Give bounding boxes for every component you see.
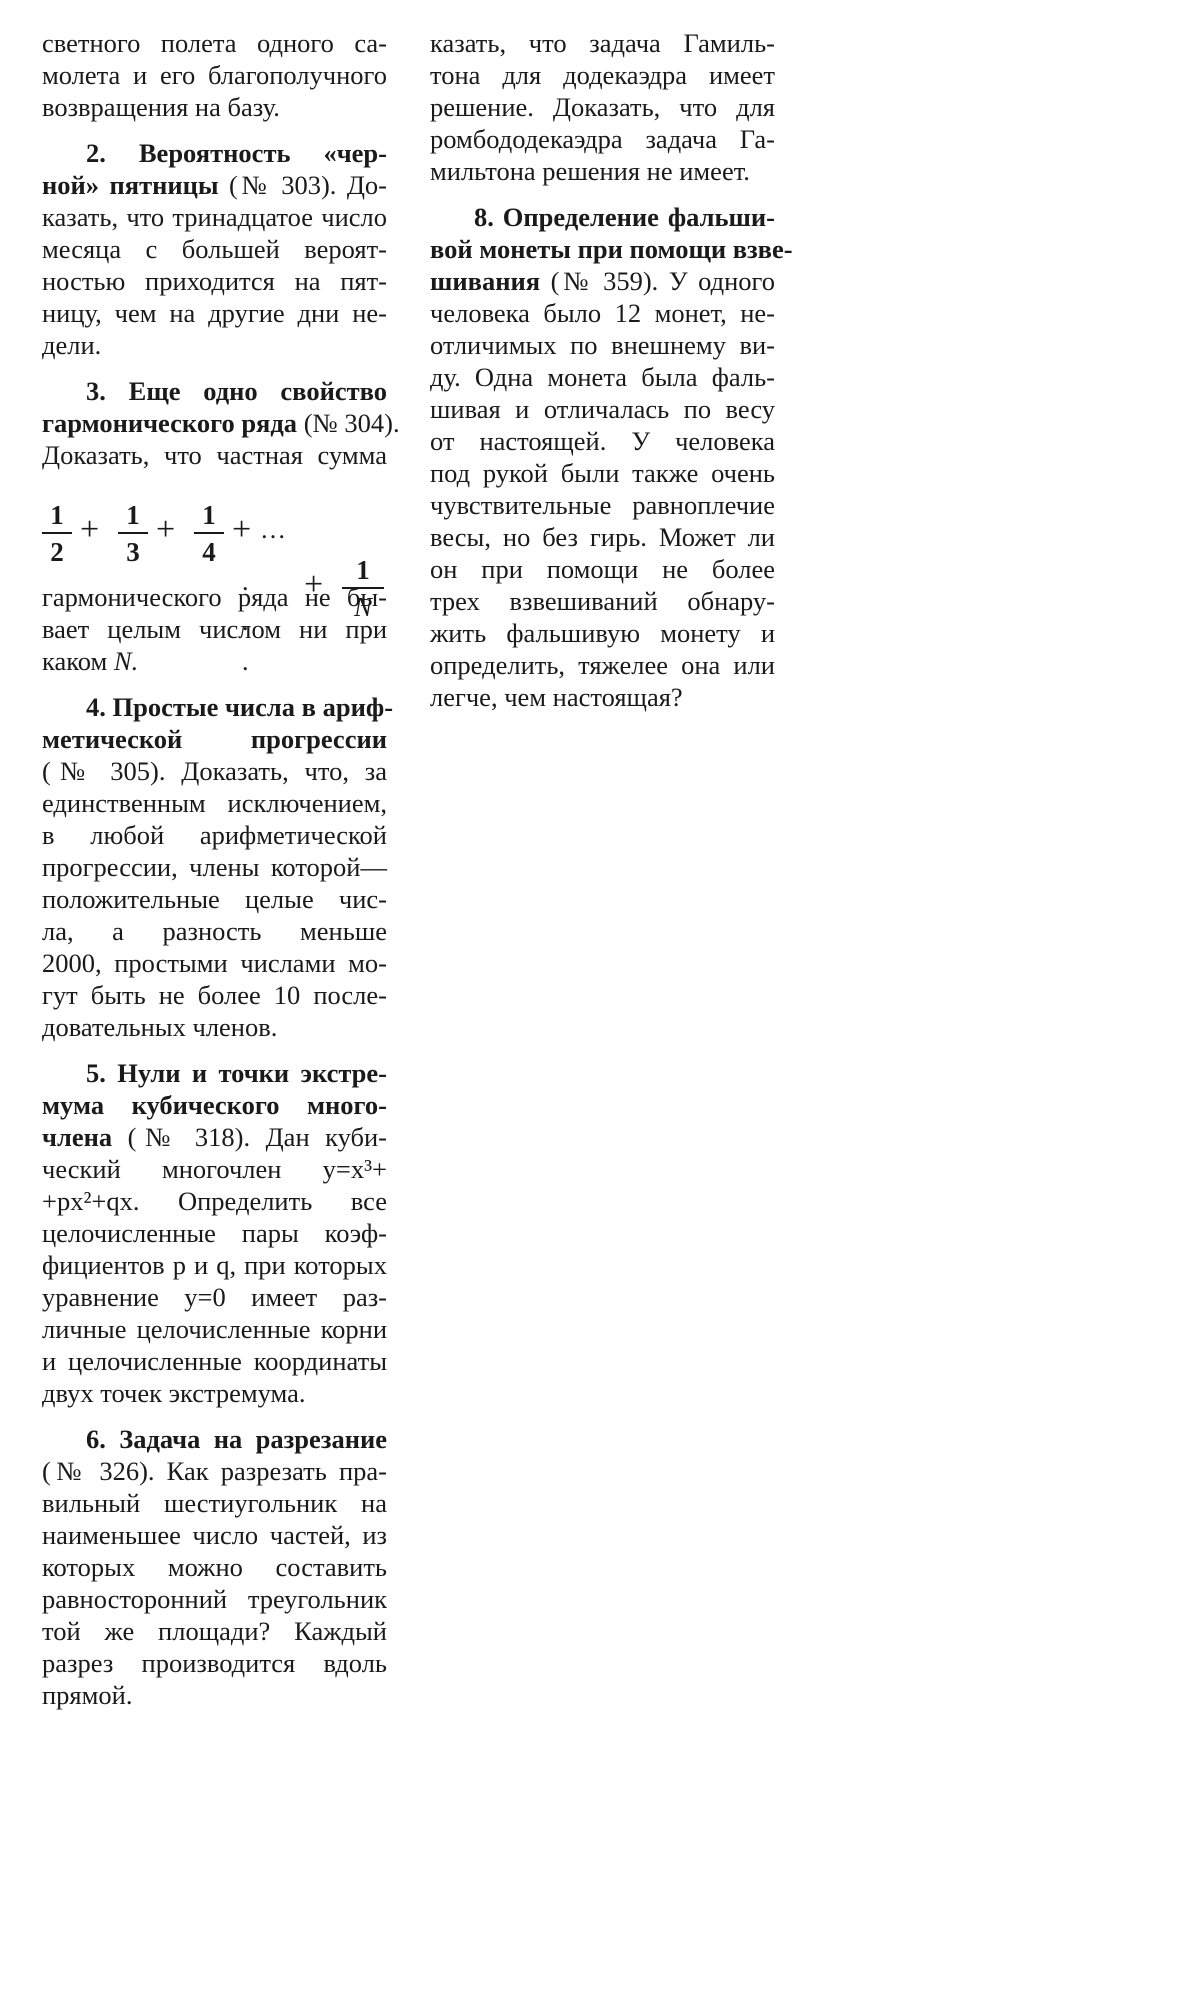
ellipsis: …	[260, 510, 286, 550]
fraction-1-4: 14	[194, 500, 224, 568]
text-line: 2000, простыми числами мо-	[42, 946, 387, 980]
text-line: человека было 12 монет, не-	[430, 296, 775, 330]
text-line: от настоящей. У человека	[430, 424, 775, 458]
problem-4-title: 4. Простые числа в ариф-	[42, 690, 387, 724]
text-line: месяца с большей вероят-	[42, 232, 387, 266]
text-line: ческий многочлен y=x³+	[42, 1152, 387, 1186]
text-line: вильный шестиугольник на	[42, 1486, 387, 1520]
text-line: +px²+qx. Определить все	[42, 1184, 387, 1218]
text-line: в любой арифметической	[42, 818, 387, 852]
problem-4-title-cont: метической прогрессии	[42, 722, 387, 756]
text-line: дели.	[42, 328, 387, 362]
text-line: фициентов p и q, при которых	[42, 1248, 387, 1282]
text-line: определить, тяжелее она или	[430, 648, 775, 682]
text-line: казать, что тринадцатое число	[42, 200, 387, 234]
text-line: вает целым числом ни при	[42, 612, 387, 646]
text-line: возвращения на базу.	[42, 90, 387, 124]
text-line: и целочисленные координаты	[42, 1344, 387, 1378]
text-line: Доказать, что частная сумма	[42, 438, 387, 472]
plus-sign: +	[232, 510, 251, 550]
text-line: разрез производится вдоль	[42, 1646, 387, 1680]
text-line: ромбододекаэдра задача Га-	[430, 122, 775, 156]
text-line: ду. Одна монета была фаль-	[430, 360, 775, 394]
text-line: под рукой были также очень	[430, 456, 775, 490]
text-line: трех взвешиваний обнару-	[430, 584, 775, 618]
fraction-1-3: 13	[118, 500, 148, 568]
text-line: целочисленные пары коэф-	[42, 1216, 387, 1250]
text-line: равносторонний треугольник	[42, 1582, 387, 1616]
problem-5-title-cont: члена (№ 318). Дан куби-	[42, 1120, 387, 1154]
text-line: единственным исключением,	[42, 786, 387, 820]
text-line: личные целочисленные корни	[42, 1312, 387, 1346]
problem-5-title-cont: мума кубического много-	[42, 1088, 387, 1122]
text-line: (№ 326). Как разрезать пра-	[42, 1454, 387, 1488]
text-line: молета и его благополучного	[42, 58, 387, 92]
problem-3-title: 3. Еще одно свойство	[42, 374, 387, 408]
text-line: (№ 305). Доказать, что, за	[42, 754, 387, 788]
plus-sign: +	[80, 510, 99, 550]
text-line: гармонического ряда не бы-	[42, 580, 387, 614]
fraction-1-2: 12	[42, 500, 72, 568]
problem-8-title-cont: шивания (№ 359). У одного	[430, 264, 775, 298]
problem-2-title-cont: ной» пятницы (№ 303). До-	[42, 168, 387, 202]
text-line: гут быть не более 10 после-	[42, 978, 387, 1012]
text-line: которых можно составить	[42, 1550, 387, 1584]
text-line: решение. Доказать, что для	[430, 90, 775, 124]
text-line: довательных членов.	[42, 1010, 387, 1044]
plus-sign: +	[156, 510, 175, 550]
text-line: тона для додекаэдра имеет	[430, 58, 775, 92]
text-line: ла, а разность меньше	[42, 914, 387, 948]
text-line: ностью приходится на пят-	[42, 264, 387, 298]
text-line: наименьшее число частей, из	[42, 1518, 387, 1552]
text-line: положительные целые чис-	[42, 882, 387, 916]
text-line: двух точек экстремума.	[42, 1376, 387, 1410]
text-line: ницу, чем на другие дни не-	[42, 296, 387, 330]
text-line: чувствительные равноплечие	[430, 488, 775, 522]
problem-8-title: 8. Определение фальши-	[430, 200, 775, 234]
text-line: светного полета одного са-	[42, 26, 387, 60]
text-line: шивая и отличалась по весу	[430, 392, 775, 426]
problem-3-title-cont: гармонического ряда (№ 304).	[42, 406, 387, 440]
problem-2-title: 2. Вероятность «чер-	[42, 136, 387, 170]
text-line: каком N.	[42, 644, 387, 678]
text-line: весы, но без гирь. Может ли	[430, 520, 775, 554]
text-line: той же площади? Каждый	[42, 1614, 387, 1648]
text-line: прямой.	[42, 1678, 387, 1712]
text-line: мильтона решения не имеет.	[430, 154, 775, 188]
text-line: прогрессии, члены которой—	[42, 850, 387, 884]
text-line: легче, чем настоящая?	[430, 680, 775, 714]
text-line: жить фальшивую монету и	[430, 616, 775, 650]
problem-5-title: 5. Нули и точки экстре-	[42, 1056, 387, 1090]
text-line: отличимых по внешнему ви-	[430, 328, 775, 362]
problem-6-title: 6. Задача на разрезание	[42, 1422, 387, 1456]
text-line: он при помощи не более	[430, 552, 775, 586]
problem-8-title-cont: вой монеты при помощи взве-	[430, 232, 775, 266]
text-line: уравнение y=0 имеет раз-	[42, 1280, 387, 1314]
text-line: казать, что задача Гамиль-	[430, 26, 775, 60]
